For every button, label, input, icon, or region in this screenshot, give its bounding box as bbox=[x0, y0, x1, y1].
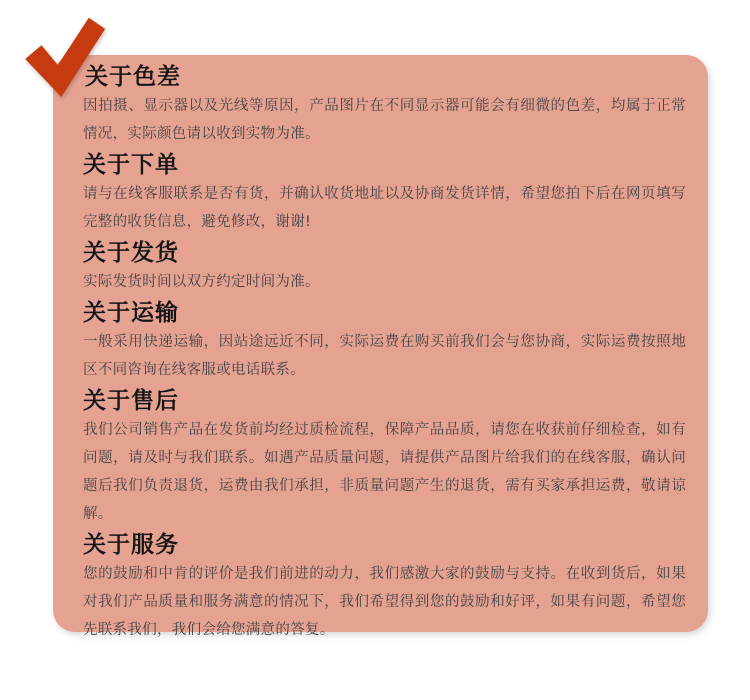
section-heading: 关于色差 bbox=[83, 63, 686, 92]
section-after-sales: 关于售后 我们公司销售产品在发货前均经过质检流程，保障产品品质，请您在收获前仔细… bbox=[83, 387, 686, 528]
section-heading: 关于服务 bbox=[83, 531, 686, 560]
section-body: 请与在线客服联系是否有货，并确认收货地址以及协商发货详情，希望您拍下后在网页填写… bbox=[83, 180, 686, 236]
section-service: 关于服务 您的鼓励和中肯的评价是我们前进的动力，我们感激大家的鼓励与支持。在收到… bbox=[83, 531, 686, 644]
section-transport: 关于运输 一般采用快递运输，因站途远近不同，实际运费在购买前我们会与您协商，实际… bbox=[83, 299, 686, 384]
section-body: 实际发货时间以双方约定时间为准。 bbox=[83, 268, 686, 296]
section-body: 我们公司销售产品在发货前均经过质检流程，保障产品品质，请您在收获前仔细检查，如有… bbox=[83, 416, 686, 528]
section-heading: 关于运输 bbox=[83, 299, 686, 328]
checkmark-icon bbox=[20, 15, 106, 103]
section-heading: 关于售后 bbox=[83, 387, 686, 416]
checkmark-shape bbox=[25, 18, 105, 97]
section-ordering: 关于下单 请与在线客服联系是否有货，并确认收货地址以及协商发货详情，希望您拍下后… bbox=[83, 151, 686, 236]
section-body: 因拍摄、显示器以及光线等原因，产品图片在不同显示器可能会有细微的色差，均属于正常… bbox=[83, 92, 686, 148]
notice-card: 关于色差 因拍摄、显示器以及光线等原因，产品图片在不同显示器可能会有细微的色差，… bbox=[53, 55, 708, 632]
section-body: 一般采用快递运输，因站途远近不同，实际运费在购买前我们会与您协商，实际运费按照地… bbox=[83, 328, 686, 384]
section-heading: 关于发货 bbox=[83, 239, 686, 268]
section-body: 您的鼓励和中肯的评价是我们前进的动力，我们感激大家的鼓励与支持。在收到货后，如果… bbox=[83, 560, 686, 644]
section-shipping: 关于发货 实际发货时间以双方约定时间为准。 bbox=[83, 239, 686, 296]
section-heading: 关于下单 bbox=[83, 151, 686, 180]
section-color-difference: 关于色差 因拍摄、显示器以及光线等原因，产品图片在不同显示器可能会有细微的色差，… bbox=[83, 63, 686, 148]
